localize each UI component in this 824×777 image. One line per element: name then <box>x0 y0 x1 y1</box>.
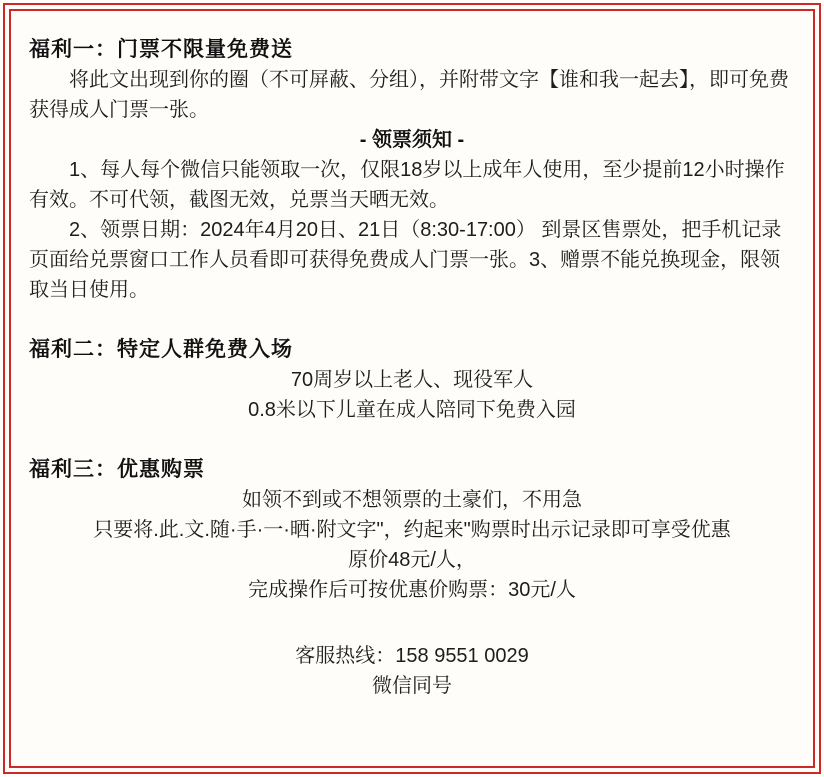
benefit2-heading: 福利二：特定人群免费入场 <box>29 335 795 365</box>
benefit2-line-children: 0.8米以下儿童在成人陪同下免费入园 <box>29 395 795 425</box>
benefit3-line-original-price: 原价48元/人， <box>29 545 795 575</box>
benefit3-line-discount-price: 完成操作后可按优惠价购票：30元/人 <box>29 575 795 605</box>
outer-red-border: 福利一：门票不限量免费送 将此文出现到你的圈（不可屏蔽、分组），并附带文字【谁和… <box>3 3 821 774</box>
ticket-notice-title: - 领票须知 - <box>29 125 795 155</box>
benefit3-line-intro: 如领不到或不想领票的土豪们，不用急 <box>29 485 795 515</box>
promo-flyer-page: 福利一：门票不限量免费送 将此文出现到你的圈（不可屏蔽、分组），并附带文字【谁和… <box>0 0 824 777</box>
benefit3-heading: 福利三：优惠购票 <box>29 455 795 485</box>
benefit3-line-instruction: 只要将.此.文.随·手·一·晒·附文字"，约起来"购票时出示记录即可享受优惠 <box>29 515 795 545</box>
notice-item-1: 1、每人每个微信只能领取一次，仅限18岁以上成年人使用，至少提前12小时操作有效… <box>29 155 795 215</box>
benefit2-line-seniors: 70周岁以上老人、现役军人 <box>29 365 795 395</box>
wechat-note: 微信同号 <box>29 671 795 701</box>
benefit1-intro: 将此文出现到你的圈（不可屏蔽、分组），并附带文字【谁和我一起去】，即可免费获得成… <box>29 65 795 125</box>
flyer-content: 福利一：门票不限量免费送 将此文出现到你的圈（不可屏蔽、分组），并附带文字【谁和… <box>29 35 795 766</box>
notice-item-2: 2、领票日期：2024年4月20日、21日（8:30-17:00） 到景区售票处… <box>29 215 795 305</box>
inner-red-border: 福利一：门票不限量免费送 将此文出现到你的圈（不可屏蔽、分组），并附带文字【谁和… <box>9 9 815 768</box>
benefit1-heading: 福利一：门票不限量免费送 <box>29 35 795 65</box>
service-hotline: 客服热线：158 9551 0029 <box>29 641 795 671</box>
